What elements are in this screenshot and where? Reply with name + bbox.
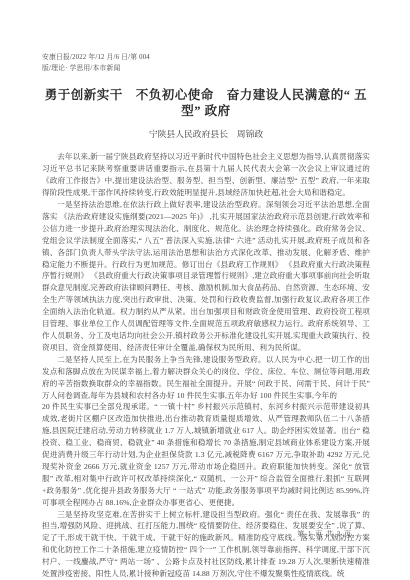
- article-paragraph: 三是坚持攻坚克难,在苦拼实干上树立标杆,建设担当型政府。强化“ 责任在我、发展靠…: [42, 509, 370, 580]
- article-title: 勇于创新实干 不负初心使命 奋力建设人民满意的“ 五型” 政府: [42, 87, 370, 119]
- newspaper-document-page: 安康日报/2022 年/12 月/6 日/第 004 版/理论· 学思用/本市新…: [0, 0, 410, 580]
- doc-meta: 安康日报/2022 年/12 月/6 日/第 004 版/理论· 学思用/本市新…: [42, 52, 370, 74]
- article-byline: 宁陕县人民政府县长 周锦政: [42, 127, 370, 140]
- doc-meta-section: 版/理论· 学思用/本市新闻: [42, 63, 370, 74]
- article-body: 去年以来,新一届宁陕县政府坚持以习近平新时代中国特色社会主义思想为指导,认真贯彻…: [42, 151, 370, 580]
- article-paragraph-continuation: 20 件民生实事已全部兑现承诺。“ 一镇十村” 乡村振兴示范镇村、东河乡村振兴示…: [42, 401, 370, 508]
- article-paragraph: 去年以来,新一届宁陕县政府坚持以习近平新时代中国特色社会主义思想为指导,认真贯彻…: [42, 151, 370, 199]
- doc-meta-source-date: 安康日报/2022 年/12 月/6 日/第 004: [42, 52, 370, 63]
- article-paragraph: 一是坚持法治思维,在依法行政上做好表率,建设法治型政府。深刻领会习近平法治思想,…: [42, 199, 370, 354]
- article-paragraph: 二是坚持人民至上,在为民服务上争当先锋,建设服务型政府。以人民为中心,把一切工作…: [42, 354, 370, 402]
- page-number: 第 1 页 共 2 页: [297, 529, 352, 539]
